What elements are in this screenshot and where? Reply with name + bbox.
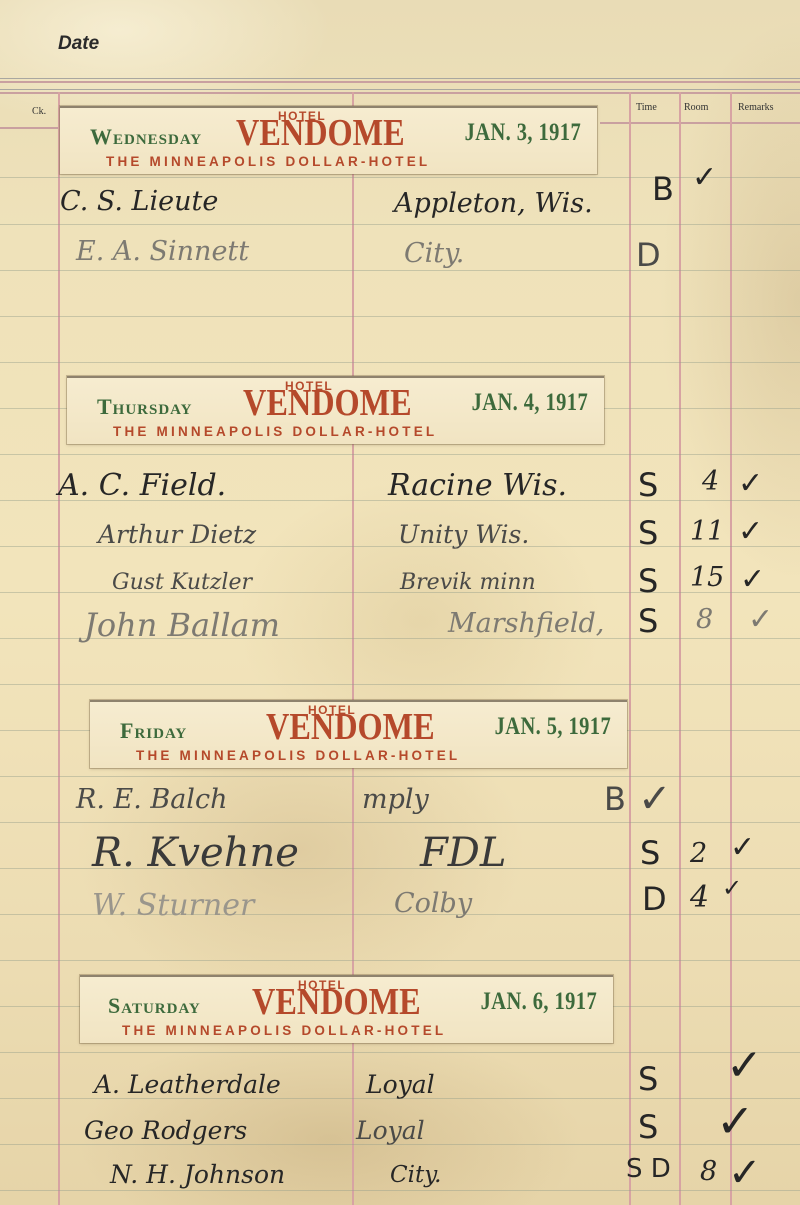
guest-address: FDL [420,830,506,876]
check-mark-icon: ✓ [638,776,672,822]
ruled-line [0,822,800,823]
ruled-line [0,224,800,225]
guest-address: mply [362,784,429,815]
stamp-tagline: THE MINNEAPOLIS DOLLAR-HOTEL [136,748,460,763]
check-mark-icon: ✓ [716,1094,755,1148]
guest-address: City. [404,238,464,269]
ruled-line [0,177,800,178]
column-line-ck [58,92,60,1205]
date-stamp-saturday: Saturday HOTEL VENDOME JAN. 6, 1917 THE … [80,975,613,1043]
ruled-line [0,776,800,777]
guest-time: S [638,602,658,640]
check-mark-icon: ✓ [728,1150,762,1196]
guest-time: S [638,562,658,600]
check-mark-icon: ✓ [738,514,763,549]
date-stamp-wednesday: Wednesday HOTEL VENDOME JAN. 3, 1917 THE… [60,106,597,174]
guest-name: Gust Kutzler [112,570,252,595]
guest-address: Loyal [356,1116,425,1145]
header-rule [0,78,800,79]
date-stamp-thursday: Thursday HOTEL VENDOME JAN. 4, 1917 THE … [67,376,604,444]
guest-name: A. Leatherdale [94,1070,281,1099]
guest-address: Racine Wis. [388,468,567,503]
check-mark-icon: ✓ [748,602,773,637]
guest-address: City. [390,1162,441,1188]
guest-room: 2 [690,838,707,869]
ruled-line [0,316,800,317]
stamp-hotel-name: VENDOME [252,982,421,1022]
guest-time: S [640,834,660,872]
stamp-hotel-name: VENDOME [266,707,435,747]
guest-time: D [636,236,661,274]
ruled-line [0,1190,800,1191]
check-mark-icon: ✓ [692,160,717,195]
guest-room: 8 [696,604,713,635]
column-line-time [629,92,631,1205]
stamp-date: JAN. 3, 1917 [464,119,581,147]
column-line-remarks [730,92,732,1205]
check-mark-icon: ✓ [722,874,742,902]
guest-name: N. H. Johnson [110,1160,285,1189]
header-rule [0,89,800,90]
ruled-line [0,1052,800,1053]
stamp-day: Wednesday [90,124,202,150]
ruled-line [0,362,800,363]
guest-time: S [638,466,658,504]
stamp-tagline: THE MINNEAPOLIS DOLLAR-HOTEL [106,154,430,169]
ruled-line [0,960,800,961]
guest-room: 4 [702,466,719,497]
guest-room: 15 [690,562,724,593]
column-header-room: Room [684,102,708,113]
guest-name: E. A. Sinnett [76,236,249,267]
column-line-room [679,92,681,1205]
guest-name: A. C. Field. [58,468,226,503]
guest-name: R. Kvehne [92,830,299,876]
guest-name: R. E. Balch [76,784,227,815]
check-mark-icon: ✓ [740,562,765,597]
guest-name: Arthur Dietz [98,520,256,549]
date-label: Date [58,33,99,55]
check-mark-icon: ✓ [726,1040,763,1091]
ruled-line [0,270,800,271]
guest-address: Colby [394,888,472,919]
stamp-date: JAN. 4, 1917 [471,389,588,417]
guest-room: 8 [700,1156,717,1187]
guest-address: Marshfield, [448,608,604,639]
guest-time: S D [626,1154,671,1184]
guest-address: Appleton, Wis. [394,188,593,219]
guest-name: Geo Rodgers [84,1116,247,1145]
guest-time: S [638,514,658,552]
guest-time: S [638,1060,658,1098]
column-header-time: Time [636,102,657,113]
guest-name: C. S. Lieute [60,186,218,217]
guest-address: Unity Wis. [398,520,529,549]
stamp-tagline: THE MINNEAPOLIS DOLLAR-HOTEL [122,1023,446,1038]
stamp-tagline: THE MINNEAPOLIS DOLLAR-HOTEL [113,424,437,439]
guest-room: 11 [690,516,724,547]
check-mark-icon: ✓ [738,466,763,501]
header-rule [0,127,60,129]
hotel-register-page: Date Ck. Time Room Remarks Wednesday HOT… [0,0,800,1205]
column-header-ck: Ck. [32,106,46,117]
stamp-hotel-name: VENDOME [236,113,405,153]
stamp-hotel-name: VENDOME [243,383,412,423]
stamp-day: Thursday [97,394,192,420]
check-mark-icon: ✓ [730,830,755,865]
date-stamp-friday: Friday HOTEL VENDOME JAN. 5, 1917 THE MI… [90,700,627,768]
guest-room: 4 [690,880,709,915]
guest-name: W. Sturner [92,888,254,923]
guest-address: Brevik minn [400,570,536,595]
guest-time: B [604,780,626,818]
guest-address: Loyal [366,1070,435,1099]
stamp-date: JAN. 6, 1917 [480,988,597,1016]
guest-time: B [652,170,674,208]
header-rule [0,81,800,83]
stamp-day: Friday [120,718,187,744]
ruled-line [0,454,800,455]
ruled-line [0,684,800,685]
stamp-day: Saturday [108,993,201,1019]
guest-time: D [642,880,667,918]
guest-time: S [638,1108,658,1146]
column-header-remarks: Remarks [738,102,774,113]
stamp-date: JAN. 5, 1917 [494,713,611,741]
guest-name: John Ballam [84,606,280,644]
